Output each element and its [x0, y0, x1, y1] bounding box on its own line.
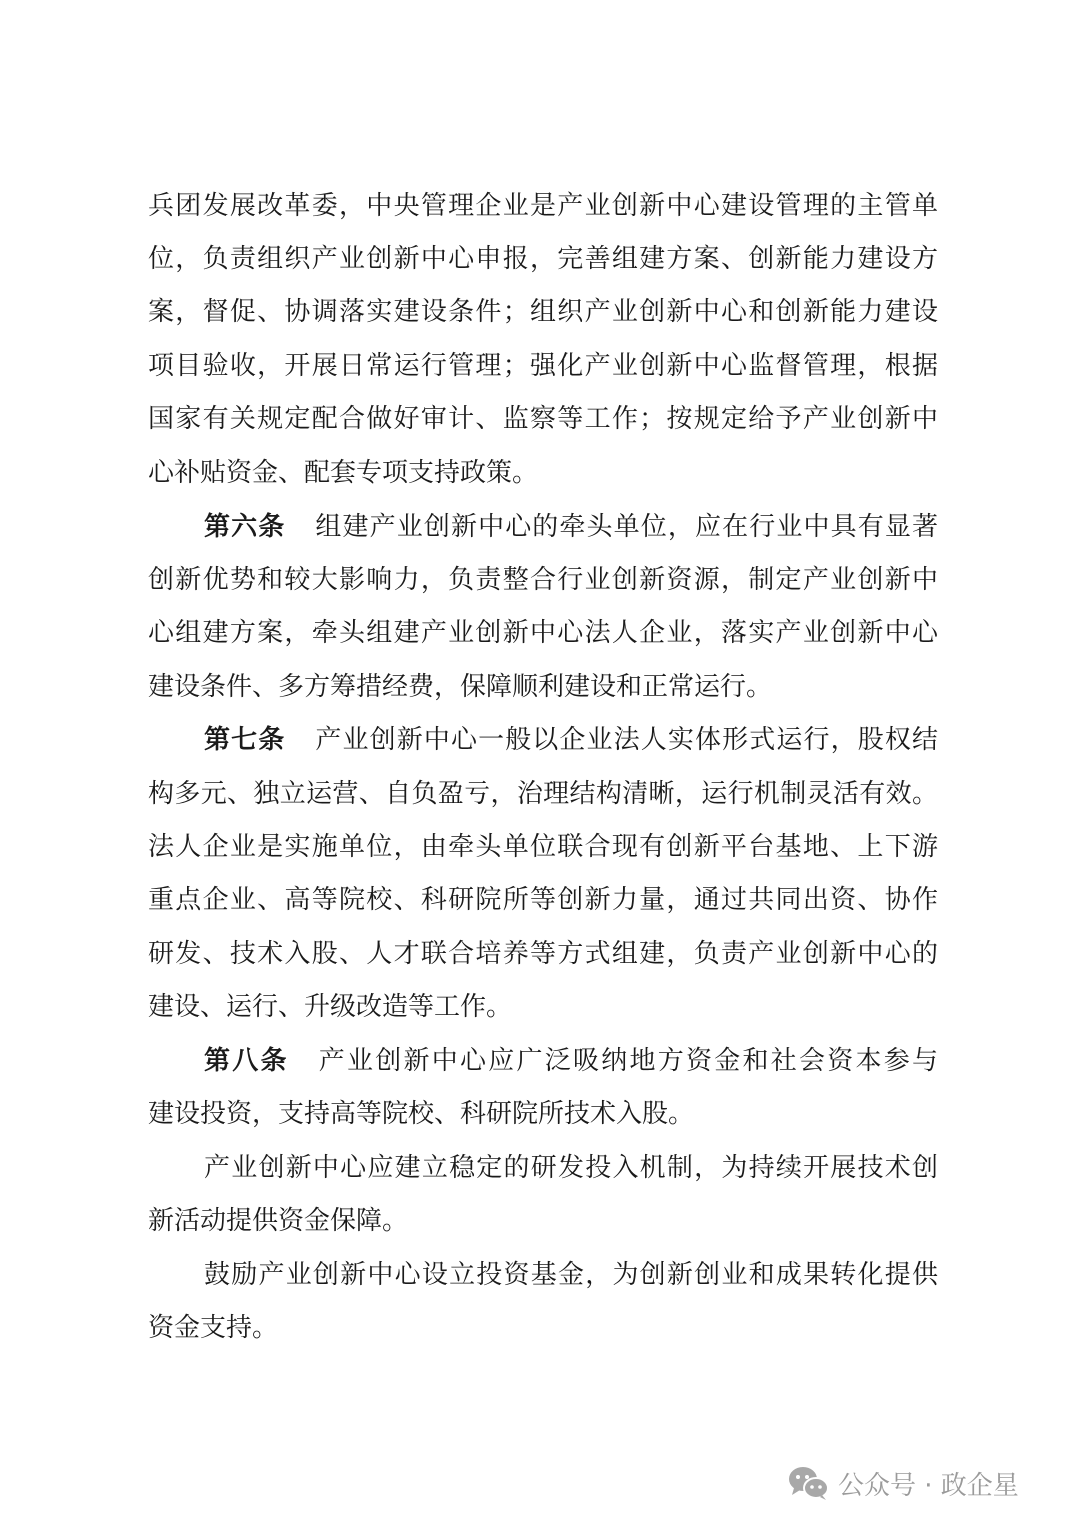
text-line: 兵团发展改革委，中央管理企业是产业创新中心建设管理的主管单 — [148, 188, 938, 224]
article-label: 第六条 — [204, 512, 285, 542]
article-7-first-line: 第七条产业创新中心一般以企业法人实体形式运行，股权结 — [204, 722, 938, 758]
text-line: 鼓励产业创新中心设立投资基金，为创新创业和成果转化提供 — [204, 1257, 938, 1293]
text-line: 位，负责组织产业创新中心申报，完善组建方案、创新能力建设方 — [148, 241, 938, 277]
document-page: 兵团发展改革委，中央管理企业是产业创新中心建设管理的主管单 位，负责组织产业创新… — [0, 0, 1080, 1527]
text-line: 构多元、独立运营、自负盈亏，治理结构清晰，运行机制灵活有效。 — [148, 776, 938, 812]
article-label: 第七条 — [204, 725, 285, 755]
text-line: 国家有关规定配合做好审计、监察等工作；按规定给予产业创新中 — [148, 401, 938, 437]
text-line: 心组建方案，牵头组建产业创新中心法人企业，落实产业创新中心 — [148, 615, 938, 651]
text-line: 案，督促、协调落实建设条件；组织产业创新中心和创新能力建设 — [148, 294, 938, 330]
article-label: 第八条 — [204, 1046, 289, 1076]
wechat-icon — [788, 1466, 830, 1502]
text-line: 产业创新中心应建立稳定的研发投入机制，为持续开展技术创 — [204, 1150, 938, 1186]
watermark: 公众号 · 政企星 — [788, 1465, 1019, 1502]
text-line: 建设条件、多方筹措经费，保障顺利建设和正常运行。 — [148, 669, 938, 705]
text-line: 组建产业创新中心的牵头单位，应在行业中具有显著 — [315, 512, 938, 542]
text-line: 法人企业是实施单位，由牵头单位联合现有创新平台基地、上下游 — [148, 829, 938, 865]
watermark-text: 公众号 · 政企星 — [838, 1465, 1019, 1502]
text-line: 建设投资，支持高等院校、科研院所技术入股。 — [148, 1096, 938, 1132]
text-line: 产业创新中心一般以企业法人实体形式运行，股权结 — [315, 725, 938, 755]
text-line: 资金支持。 — [148, 1310, 938, 1346]
text-line: 心补贴资金、配套专项支持政策。 — [148, 455, 938, 491]
text-line: 创新优势和较大影响力，负责整合行业创新资源，制定产业创新中 — [148, 562, 938, 598]
text-line: 项目验收，开展日常运行管理；强化产业创新中心监督管理，根据 — [148, 348, 938, 384]
text-line: 研发、技术入股、人才联合培养等方式组建，负责产业创新中心的 — [148, 936, 938, 972]
text-line: 新活动提供资金保障。 — [148, 1203, 938, 1239]
article-6-first-line: 第六条组建产业创新中心的牵头单位，应在行业中具有显著 — [204, 509, 938, 545]
text-line: 建设、运行、升级改造等工作。 — [148, 989, 938, 1025]
article-8-first-line: 第八条产业创新中心应广泛吸纳地方资金和社会资本参与 — [204, 1043, 938, 1079]
text-line: 产业创新中心应广泛吸纳地方资金和社会资本参与 — [319, 1046, 938, 1076]
text-line: 重点企业、高等院校、科研院所等创新力量，通过共同出资、协作 — [148, 882, 938, 918]
